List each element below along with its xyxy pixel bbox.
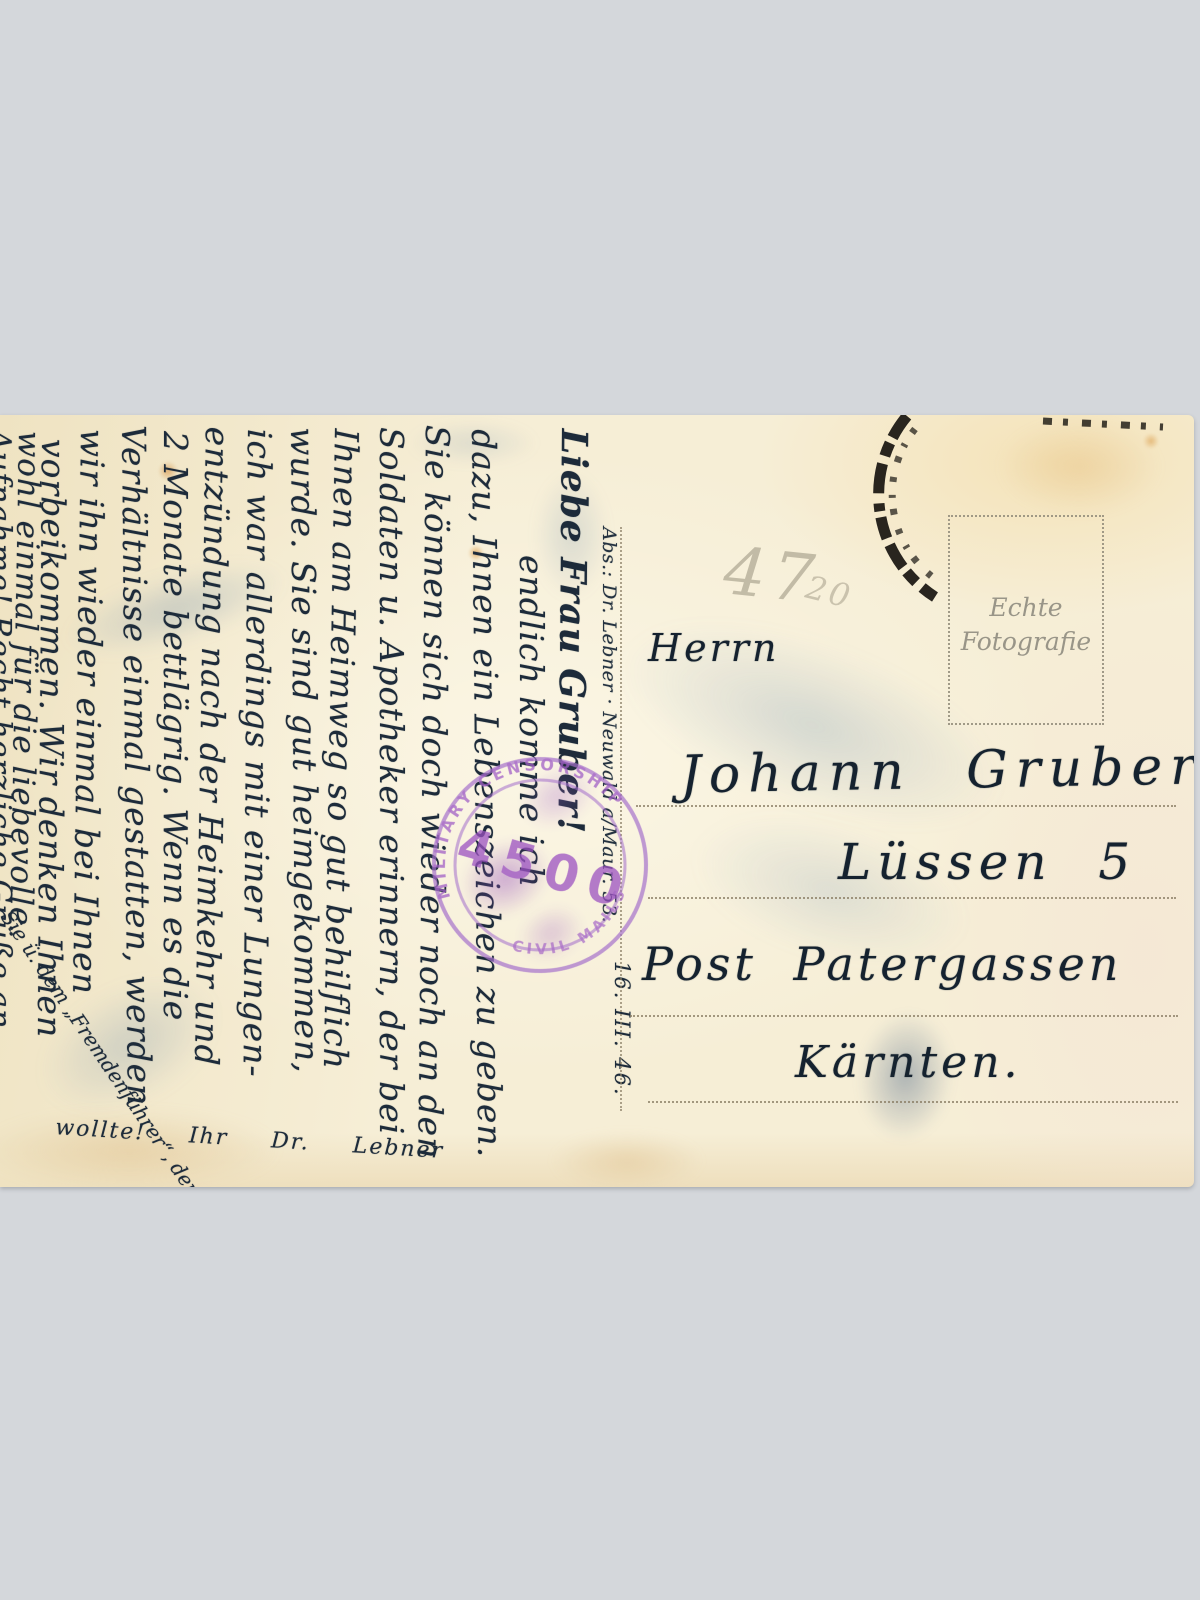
address-salutation: Herrn xyxy=(648,629,779,667)
address-name: Johann Gruber xyxy=(680,740,1194,801)
message-line: Verhältnisse einmal gestatten, werden xyxy=(117,425,156,1106)
address-rule xyxy=(636,805,1176,807)
message-line: wir ihn wieder einmal bei Ihnen xyxy=(68,429,109,996)
paper-stain xyxy=(552,1133,702,1187)
postmark-arc xyxy=(879,416,935,597)
address-rule xyxy=(648,897,1176,899)
address-post-office: Post Patergassen xyxy=(642,941,1122,987)
message-line: Soldaten u. Apotheker erinnern, der bei xyxy=(375,427,408,1135)
postcard: Liebe Frau Gruber! endlich komme ich daz… xyxy=(0,415,1194,1187)
message-line: ich war allerdings mit einer Lungen- xyxy=(238,429,276,1078)
message-line: entzündung nach der Heimkehr und xyxy=(190,426,234,1067)
photo-stamp-line2: Fotografie xyxy=(950,625,1102,659)
address-rule xyxy=(630,1015,1178,1017)
address-rule xyxy=(648,1101,1178,1103)
message-line: wurde. Sie sind gut heimgekommen, xyxy=(286,427,324,1074)
message-line: 2 Monate bettlägrig. Wenn es die xyxy=(159,431,192,1021)
address-region: Kärnten. xyxy=(795,1041,1022,1085)
postmark-edge-marks xyxy=(1043,421,1163,427)
scan-background: Liebe Frau Gruber! endlich komme ich daz… xyxy=(0,0,1200,1600)
address-street: Lüssen 5 xyxy=(838,837,1136,887)
